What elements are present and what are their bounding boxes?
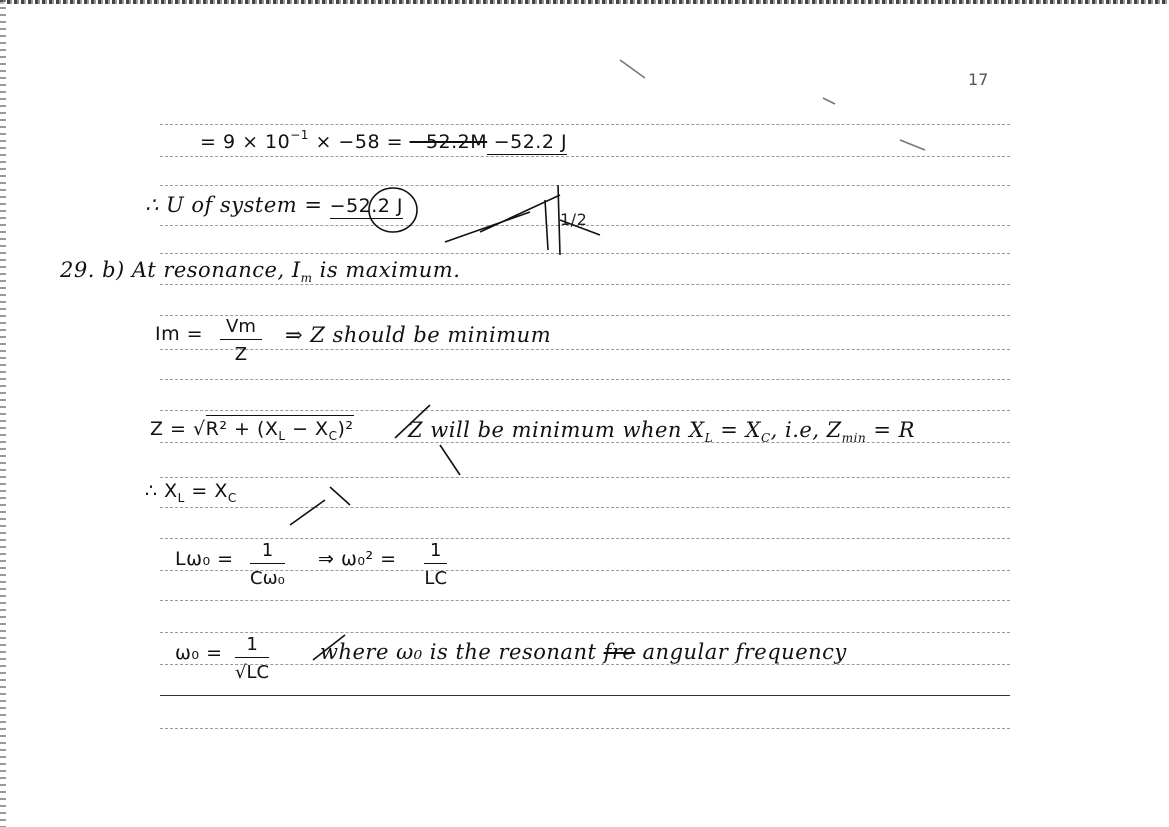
- stray-mark-icon: [823, 98, 835, 104]
- tick-stroke-icon: [395, 405, 430, 438]
- tick-stroke-icon: [313, 635, 345, 660]
- stray-mark-icon: [620, 60, 645, 78]
- tick-stroke-icon: [440, 445, 460, 475]
- examiner-marks: [0, 0, 1169, 827]
- circle-mark-icon: [369, 188, 417, 232]
- tick-stroke-icon: [330, 487, 350, 505]
- margin-mark-icon: [545, 185, 600, 255]
- tick-stroke-icon: [480, 195, 560, 232]
- tick-stroke-icon: [290, 500, 325, 525]
- stray-mark-icon: [900, 140, 925, 150]
- tick-stroke-icon: [445, 212, 530, 242]
